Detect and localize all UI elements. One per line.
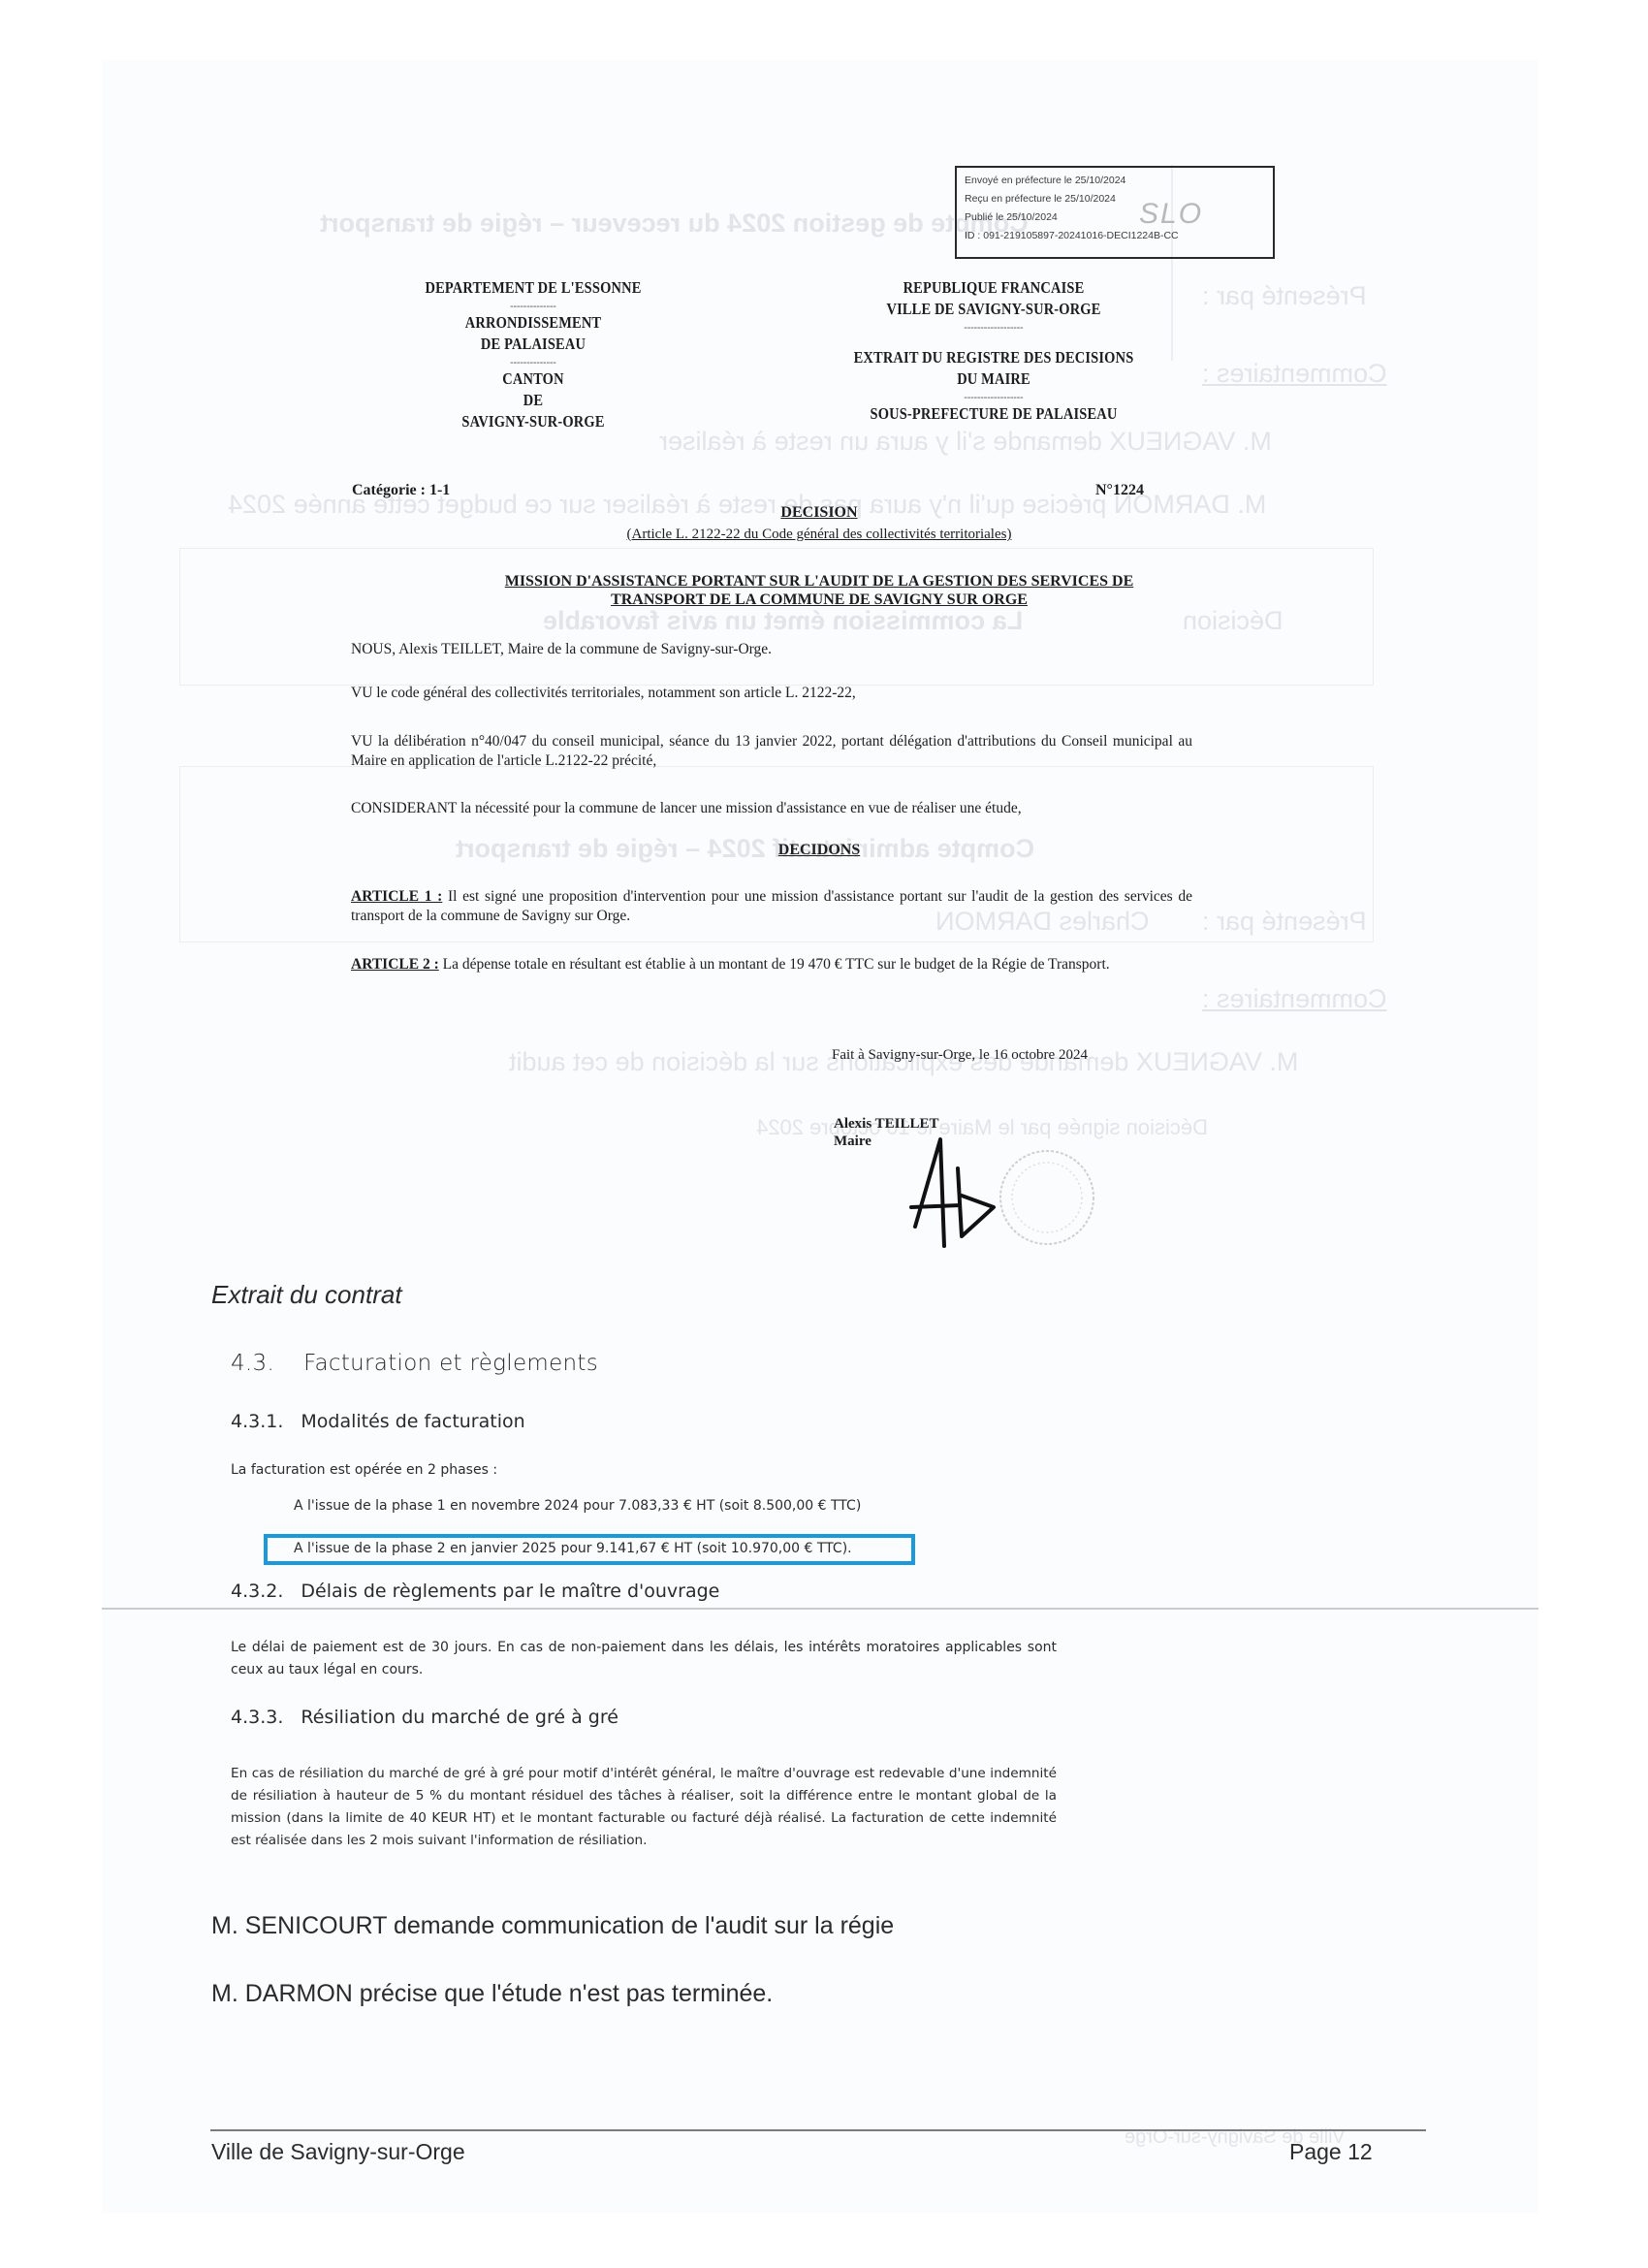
canton-line-2: DE	[368, 390, 698, 411]
done-at: Fait à Savigny-sur-Orge, le 16 octobre 2…	[832, 1047, 1088, 1064]
category: Catégorie : 1-1	[352, 482, 450, 499]
section-title: Facturation et règlements	[303, 1351, 598, 1376]
arrondissement-line-2: DE PALAISEAU	[368, 334, 698, 355]
separator: --------------	[368, 355, 698, 368]
ghost-text: Décision	[1183, 606, 1284, 636]
article-1-label: ARTICLE 1 :	[351, 888, 442, 905]
ghost-text: Commentaires :	[1202, 984, 1387, 1014]
article-1-text: Il est signé une proposition d'intervent…	[351, 888, 1192, 924]
considering: CONSIDERANT la nécessité pour la commune…	[351, 799, 1192, 818]
separator: ------------------	[829, 390, 1158, 403]
ghost-text: Commentaires :	[1202, 359, 1387, 389]
scan-fold-line	[102, 1608, 1538, 1610]
separator: --------------	[368, 299, 698, 312]
whereas-deliberation: VU la délibération n°40/047 du conseil m…	[351, 732, 1192, 771]
article-2-label: ARTICLE 2 :	[351, 956, 439, 973]
article-2-text: La dépense totale en résultant est établ…	[439, 956, 1110, 973]
section-number: 4.3.2.	[231, 1581, 283, 1602]
department: DEPARTEMENT DE L'ESSONNE	[368, 277, 698, 299]
section-number: 4.3.	[231, 1351, 274, 1376]
footer-city: Ville de Savigny-sur-Orge	[211, 2139, 465, 2165]
page-number: Page 12	[1289, 2139, 1373, 2165]
arrondissement-line-1: ARRONDISSEMENT	[368, 312, 698, 334]
stamp-received: Reçu en préfecture le 25/10/2024	[965, 190, 1265, 208]
stamp-published: Publié le 25/10/2024	[965, 208, 1265, 227]
header-right: REPUBLIQUE FRANCAISE VILLE DE SAVIGNY-SU…	[829, 277, 1158, 425]
article-2: ARTICLE 2 : La dépense totale en résulta…	[351, 955, 1192, 974]
section-number: 4.3.3.	[231, 1707, 283, 1728]
section-4-3-1: 4.3.1.Modalités de facturation	[231, 1411, 525, 1432]
payment-terms-text: Le délai de paiement est de 30 jours. En…	[231, 1637, 1057, 1681]
canton-line-3: SAVIGNY-SUR-ORGE	[368, 411, 698, 432]
section-4-3: 4.3.Facturation et règlements	[231, 1351, 598, 1376]
whereas-code: VU le code général des collectivités ter…	[351, 684, 1192, 703]
ghost-text: Présenté par :	[1202, 281, 1367, 311]
section-number: 4.3.1.	[231, 1411, 283, 1432]
contract-heading: Extrait du contrat	[211, 1280, 402, 1310]
section-title: Résiliation du marché de gré à gré	[301, 1707, 618, 1728]
footer-rule	[210, 2129, 1426, 2131]
canton-line-1: CANTON	[368, 368, 698, 390]
signature-icon	[902, 1130, 1095, 1265]
legal-reference: (Article L. 2122-22 du Code général des …	[0, 527, 1643, 543]
article-1: ARTICLE 1 : Il est signé une proposition…	[351, 887, 1192, 926]
termination-text: En cas de résiliation du marché de gré à…	[231, 1763, 1057, 1852]
ghost-text: Compte de gestion 2024 du receveur – rég…	[320, 208, 1029, 239]
decision-title: DECISION	[0, 504, 1643, 522]
decidons-heading: DECIDONS	[0, 842, 1643, 859]
prefecture-stamp: Envoyé en préfecture le 25/10/2024 Reçu …	[955, 166, 1275, 259]
decision-number: N°1224	[1095, 482, 1144, 499]
sub-prefecture: SOUS-PREFECTURE DE PALAISEAU	[829, 403, 1158, 425]
city: VILLE DE SAVIGNY-SUR-ORGE	[829, 299, 1158, 320]
ghost-text: Présenté par :	[1202, 907, 1367, 937]
ghost-text: M. VAGNEUX demande s'il y aura un reste …	[659, 427, 1272, 457]
section-title: Délais de règlements par le maître d'ouv…	[301, 1581, 719, 1602]
register-extract-line-1: EXTRAIT DU REGISTRE DES DECISIONS	[829, 347, 1158, 368]
minutes-line-1: M. SENICOURT demande communication de l'…	[211, 1912, 894, 1940]
stamp-sent: Envoyé en préfecture le 25/10/2024	[965, 172, 1265, 190]
section-title: Modalités de facturation	[301, 1411, 524, 1432]
separator: ------------------	[829, 320, 1158, 334]
republic: REPUBLIQUE FRANCAISE	[829, 277, 1158, 299]
stamp-id: ID : 091-219105897-20241016-DECI1224B-CC	[965, 227, 1265, 245]
billing-phase-1: A l'issue de la phase 1 en novembre 2024…	[294, 1498, 861, 1514]
register-extract-line-2: DU MAIRE	[829, 368, 1158, 390]
subject-line-1: MISSION D'ASSISTANCE PORTANT SUR L'AUDIT…	[0, 572, 1643, 591]
ghost-text: La commission émet un avis favorable	[543, 606, 1023, 636]
billing-phase-2: A l'issue de la phase 2 en janvier 2025 …	[294, 1541, 852, 1556]
section-4-3-2: 4.3.2.Délais de règlements par le maître…	[231, 1581, 719, 1602]
decision-subject: MISSION D'ASSISTANCE PORTANT SUR L'AUDIT…	[0, 572, 1643, 609]
subject-line-2: TRANSPORT DE LA COMMUNE DE SAVIGNY SUR O…	[0, 591, 1643, 609]
minutes-line-2: M. DARMON précise que l'étude n'est pas …	[211, 1980, 773, 2008]
mayor-statement: NOUS, Alexis TEILLET, Maire de la commun…	[351, 640, 1192, 659]
header-left: DEPARTEMENT DE L'ESSONNE -------------- …	[368, 277, 698, 432]
section-4-3-3: 4.3.3.Résiliation du marché de gré à gré	[231, 1707, 618, 1728]
handwritten-mark: SLO	[1139, 198, 1203, 231]
billing-intro: La facturation est opérée en 2 phases :	[231, 1462, 497, 1478]
